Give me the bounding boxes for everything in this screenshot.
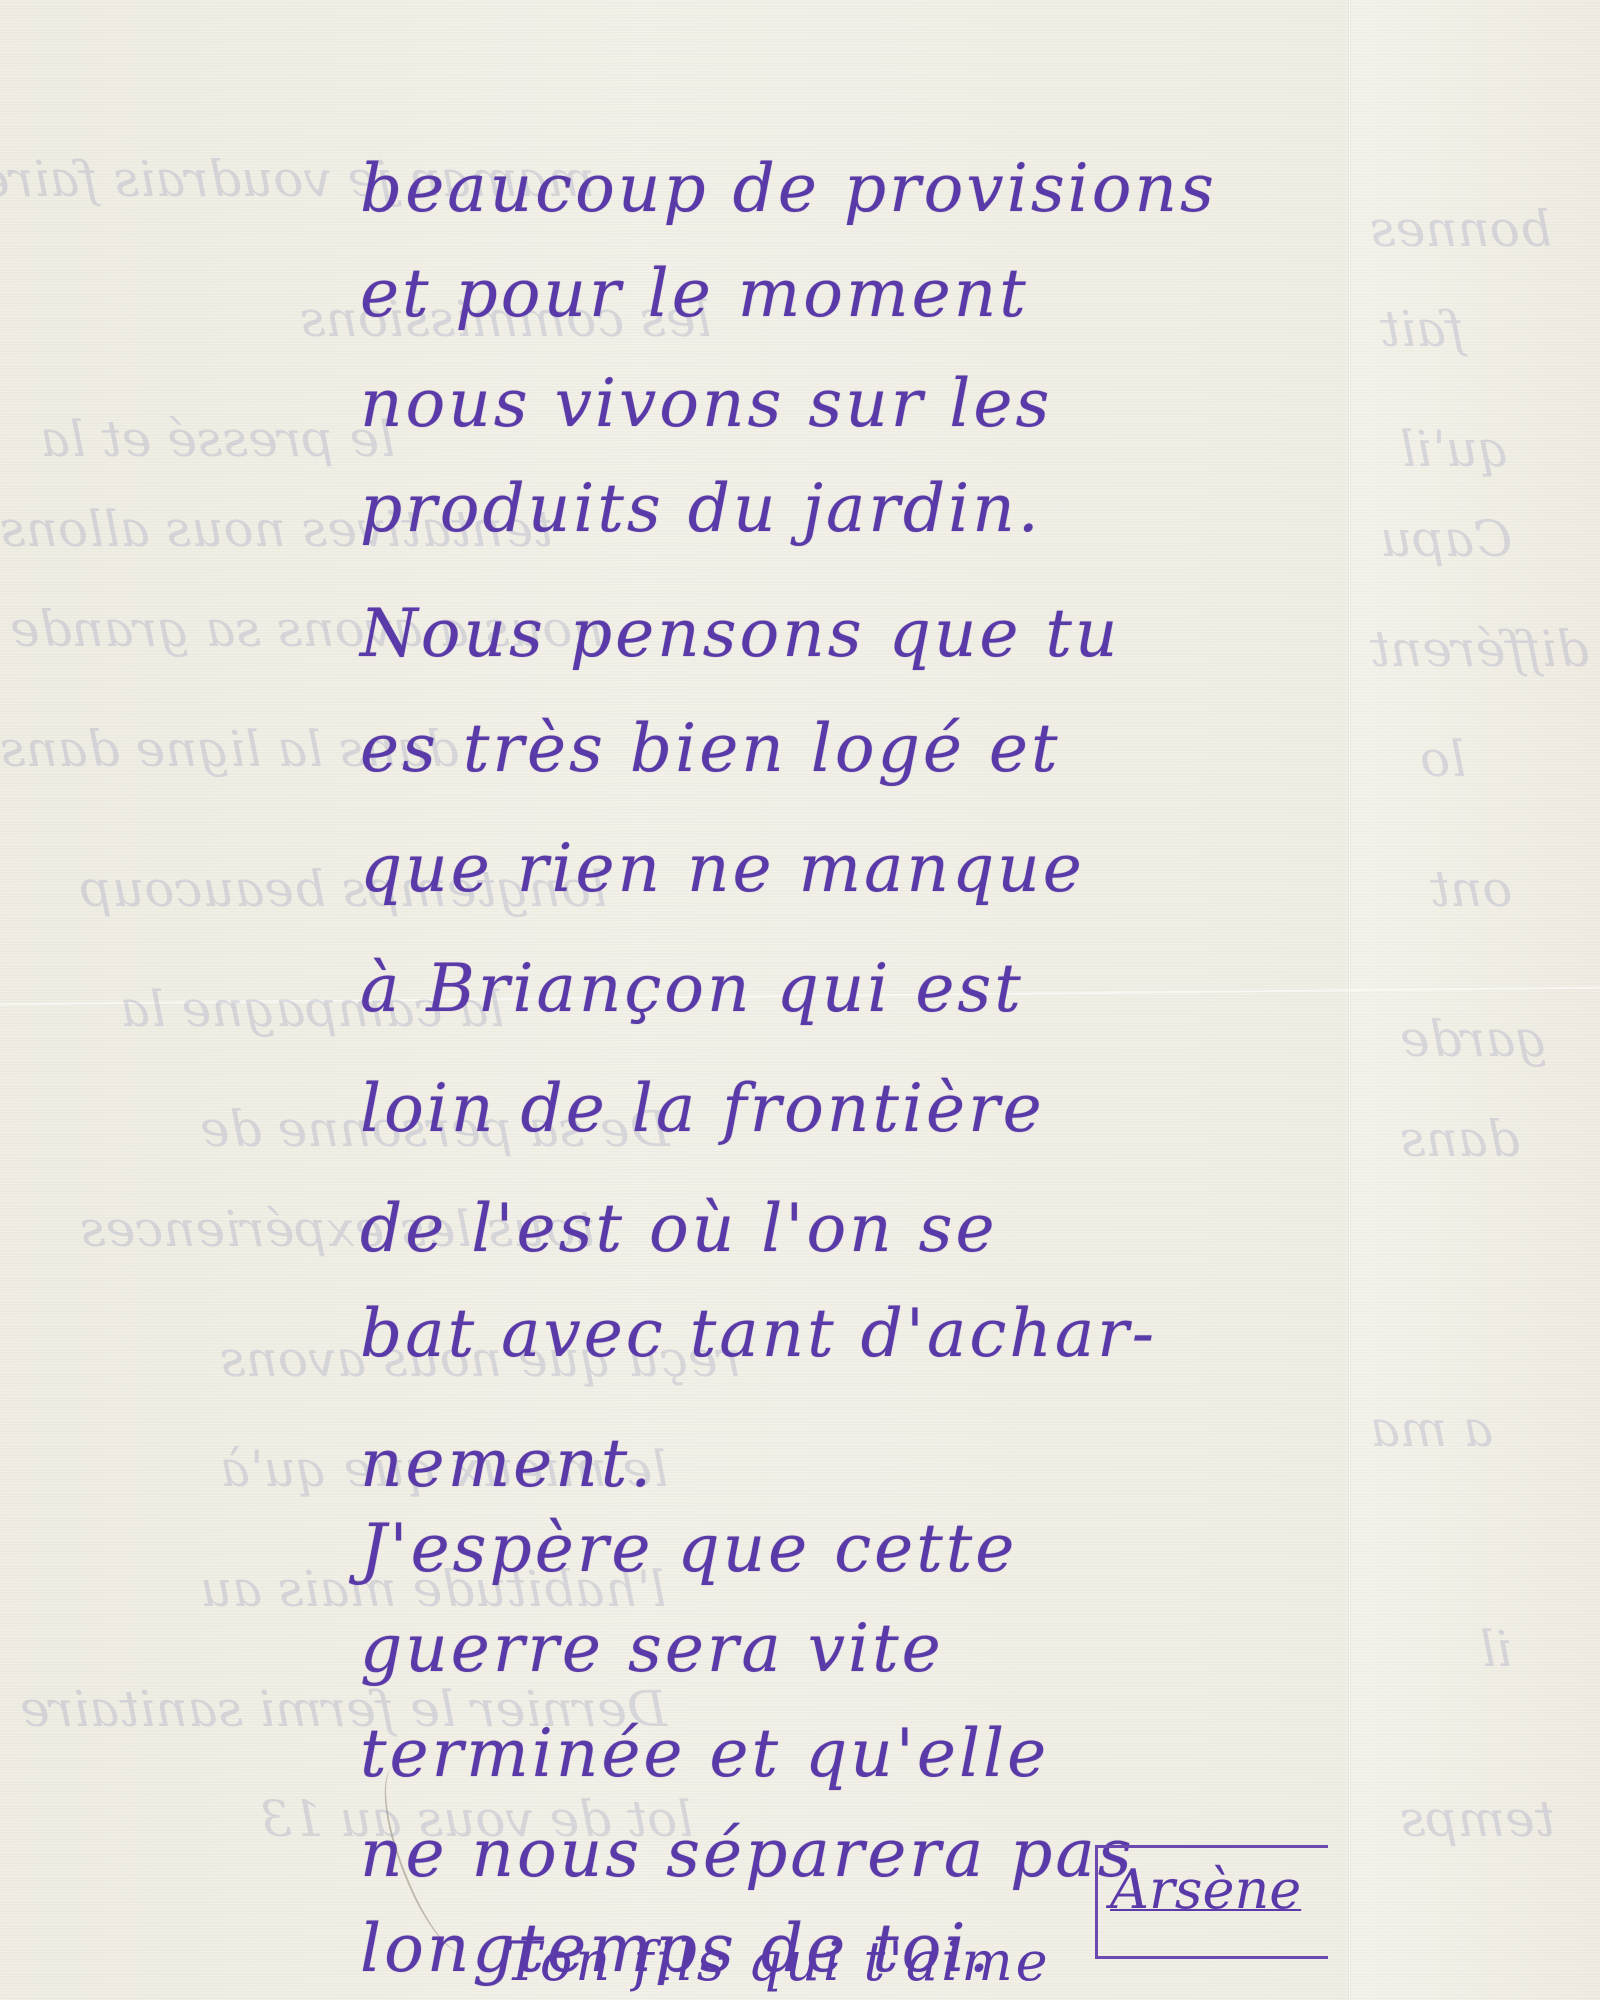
show-through-margin: fait — [1380, 300, 1464, 358]
letter-line: nement. — [360, 1425, 654, 1502]
letter-line: Nous pensons que tu — [360, 595, 1120, 672]
show-through-margin: dans — [1400, 1110, 1520, 1168]
letter-line: bat avec tant d'achar- — [360, 1295, 1157, 1372]
show-through-line: le pressé et la — [40, 410, 395, 468]
show-through-margin: Capu — [1380, 510, 1512, 568]
signature: Arsène — [1110, 1858, 1301, 1921]
show-through-margin: ont — [1430, 860, 1512, 918]
letter-line: que rien ne manque — [360, 830, 1085, 907]
letter-line: es très bien logé et — [360, 710, 1061, 787]
show-through-margin: temps — [1400, 1790, 1555, 1848]
letter-line: de l'est où l'on se — [360, 1190, 998, 1267]
letter-line: terminée et qu'elle — [360, 1715, 1049, 1792]
show-through-margin: qu'il — [1400, 420, 1510, 478]
letter-line: ne nous séparera pas — [360, 1815, 1135, 1892]
show-through-margin: il — [1480, 1620, 1512, 1678]
letter-line: beaucoup de provisions — [360, 150, 1217, 227]
closing-line: Ton fils qui t'aime — [505, 1930, 1051, 1993]
letter-line: J'espère que cette — [360, 1510, 1017, 1587]
show-through-margin: garde — [1400, 1010, 1547, 1068]
letter-line: et pour le moment — [360, 255, 1029, 332]
show-through-margin: lo — [1420, 730, 1466, 788]
vertical-fold — [1348, 0, 1351, 2000]
letter-line: à Briançon qui est — [360, 950, 1024, 1027]
show-through-margin: bonnes — [1370, 200, 1552, 258]
letter-line: nous vivons sur les — [360, 365, 1052, 442]
show-through-margin: a ma — [1370, 1400, 1493, 1458]
letter-line: guerre sera vite — [360, 1610, 944, 1687]
letter-line: loin de la frontière — [360, 1070, 1045, 1147]
letter-page: maman je voudrais faire les commissions … — [0, 0, 1600, 2000]
show-through-margin: différent — [1370, 620, 1589, 678]
letter-line: produits du jardin. — [360, 470, 1042, 547]
